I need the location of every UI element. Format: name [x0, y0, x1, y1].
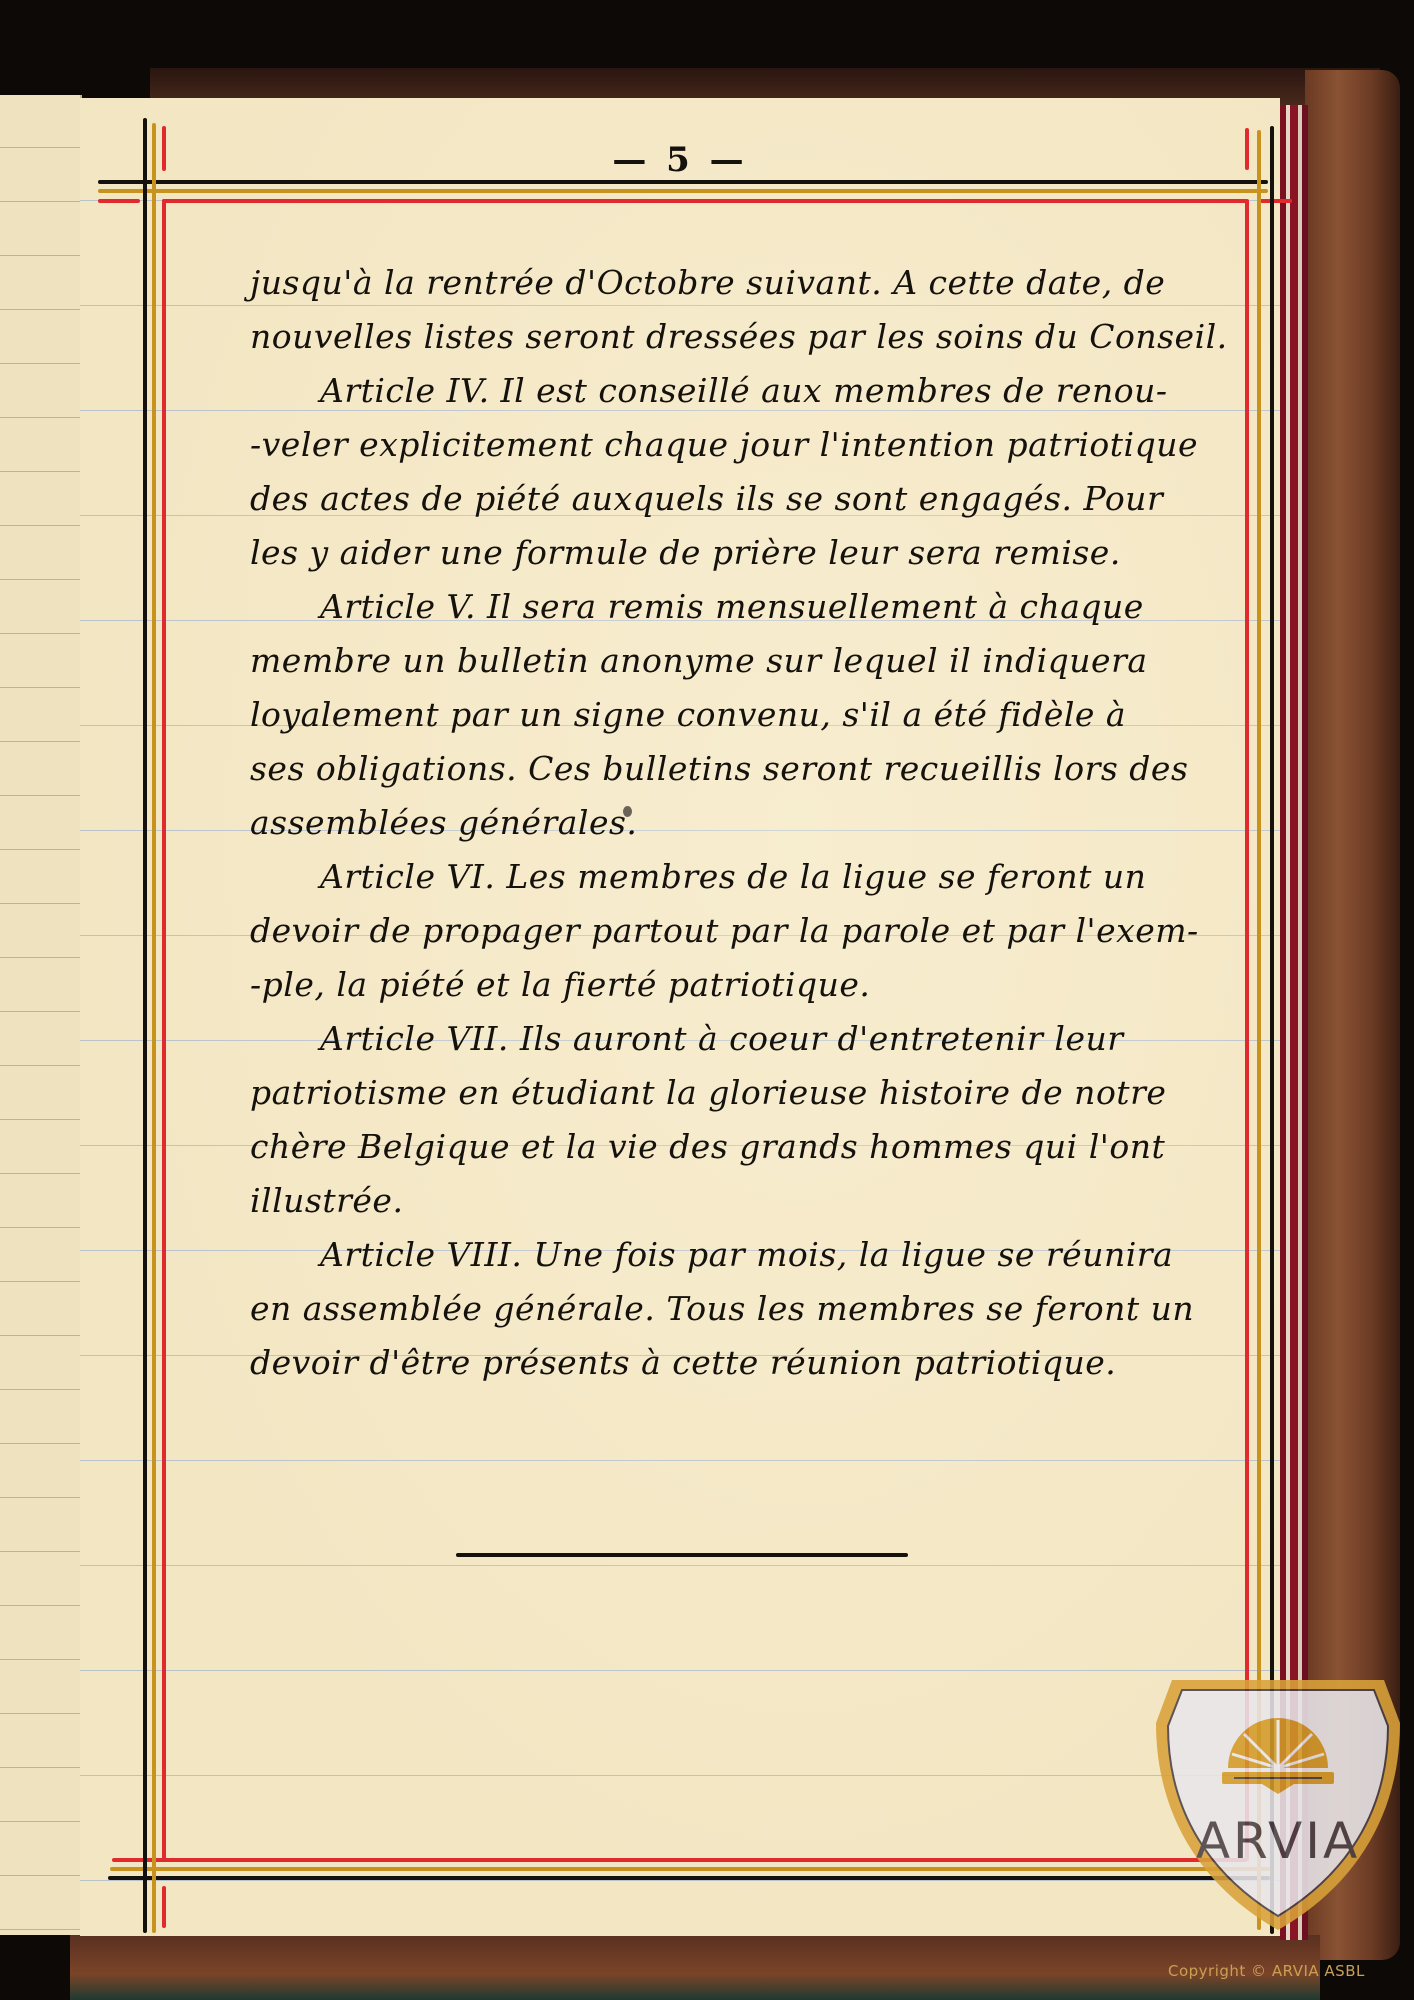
- article-vi: Article VI. Les membres de la ligue se f…: [250, 850, 1250, 1012]
- frame-top-red-stub-right: [1260, 199, 1292, 203]
- text-line: en assemblée générale. Tous les membres …: [250, 1282, 1250, 1336]
- frame-bottom-red: [112, 1858, 1247, 1862]
- frame-left-gold: [152, 123, 156, 1933]
- paragraph-continuation: jusqu'à la rentrée d'Octobre suivant. A …: [250, 256, 1250, 364]
- text-line: les y aider une formule de prière leur s…: [250, 526, 1250, 580]
- handwritten-text-block: jusqu'à la rentrée d'Octobre suivant. A …: [250, 256, 1250, 1390]
- text-line: devoir de propager partout par la parole…: [250, 904, 1250, 958]
- shield-icon: ARVIA: [1152, 1668, 1404, 1938]
- frame-top-red: [162, 199, 1247, 203]
- text-line: Article VI. Les membres de la ligue se f…: [250, 850, 1250, 904]
- text-line: -veler explicitement chaque jour l'inten…: [250, 418, 1250, 472]
- frame-left-red-stub-bottom: [162, 1886, 166, 1928]
- frame-right-gold: [1257, 130, 1261, 1930]
- text-line: -ple, la piété et la fierté patriotique.: [250, 958, 1250, 1012]
- text-line: Article VIII. Une fois par mois, la ligu…: [250, 1228, 1250, 1282]
- text-line: illustrée.: [250, 1174, 1250, 1228]
- article-viii: Article VIII. Une fois par mois, la ligu…: [250, 1228, 1250, 1390]
- frame-left-black: [143, 118, 147, 1933]
- text-line: patriotisme en étudiant la glorieuse his…: [250, 1066, 1250, 1120]
- article-iv: Article IV. Il est conseillé aux membres…: [250, 364, 1250, 580]
- text-line: jusqu'à la rentrée d'Octobre suivant. A …: [250, 256, 1250, 310]
- text-line: des actes de piété auxquels ils se sont …: [250, 472, 1250, 526]
- closing-rule: [456, 1553, 908, 1557]
- page-number: — 5 —: [80, 140, 1280, 180]
- text-line: Article V. Il sera remis mensuellement à…: [250, 580, 1250, 634]
- text-line: chère Belgique et la vie des grands homm…: [250, 1120, 1250, 1174]
- text-line: devoir d'être présents à cette réunion p…: [250, 1336, 1250, 1390]
- ink-spot: [623, 806, 632, 817]
- article-v: Article V. Il sera remis mensuellement à…: [250, 580, 1250, 850]
- text-line: assemblées générales.: [250, 796, 1250, 850]
- svg-text:ARVIA: ARVIA: [1196, 1812, 1360, 1870]
- book-cover-bottom: [70, 1935, 1320, 2000]
- arvia-watermark-logo: ARVIA: [1152, 1668, 1404, 1938]
- frame-bottom-gold: [110, 1867, 1270, 1871]
- frame-top-gold: [98, 189, 1268, 193]
- frame-right-black: [1270, 126, 1274, 1934]
- article-vii: Article VII. Ils auront à coeur d'entret…: [250, 1012, 1250, 1228]
- copyright-notice: Copyright © ARVIA ASBL: [1168, 1962, 1365, 1980]
- manuscript-page: — 5 — jusqu'à la rentrée d'Octobre suiva…: [80, 98, 1280, 1936]
- frame-top-red-stub-left: [98, 199, 140, 203]
- frame-bottom-black: [108, 1876, 1270, 1880]
- page-edge-stack: [1280, 105, 1308, 1940]
- text-line: Article VII. Ils auront à coeur d'entret…: [250, 1012, 1250, 1066]
- facing-page-left: [0, 95, 82, 1935]
- text-line: membre un bulletin anonyme sur lequel il…: [250, 634, 1250, 688]
- text-line: loyalement par un signe convenu, s'il a …: [250, 688, 1250, 742]
- text-line: nouvelles listes seront dressées par les…: [250, 310, 1250, 364]
- frame-left-red: [162, 199, 166, 1861]
- frame-top-black: [98, 180, 1268, 184]
- text-line: Article IV. Il est conseillé aux membres…: [250, 364, 1250, 418]
- text-line: ses obligations. Ces bulletins seront re…: [250, 742, 1250, 796]
